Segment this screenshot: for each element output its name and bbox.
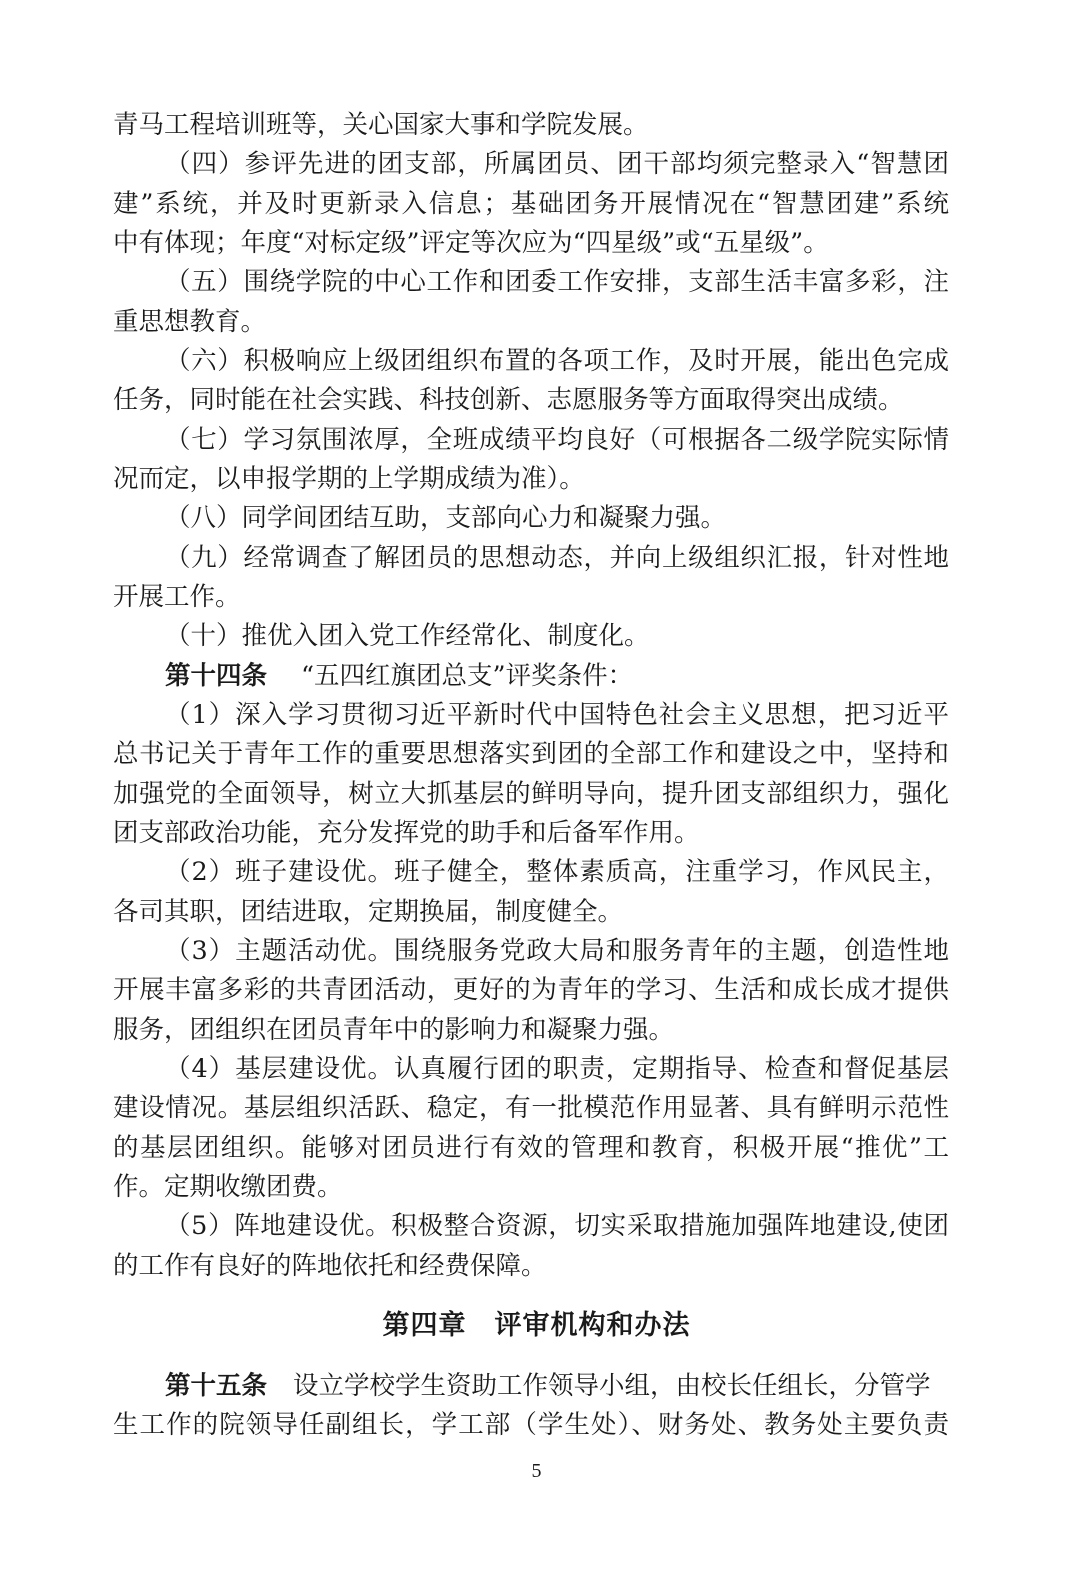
paragraph-line: 开展工作。	[113, 577, 949, 617]
paragraph-line: 重思想教育。	[113, 302, 949, 342]
article-14-label: 第十四条	[165, 661, 267, 691]
paragraph-line: 服务，团组织在团员青年中的影响力和凝聚力强。	[113, 1010, 949, 1050]
paragraph-line: 的基层团组织。能够对团员进行有效的管理和教育，积极开展“推优”工	[113, 1128, 949, 1168]
paragraph-line: （4）基层建设优。认真履行团的职责，定期指导、检查和督促基层	[165, 1049, 949, 1089]
paragraph-line: （四）参评先进的团支部，所属团员、团干部均须完整录入“智慧团	[165, 144, 949, 184]
paragraph-line: 总书记关于青年工作的重要思想落实到团的全部工作和建设之中，坚持和	[113, 734, 949, 774]
paragraph-line: 建”系统，并及时更新录入信息；基础团务开展情况在“智慧团建”系统	[113, 184, 949, 224]
paragraph-line: 生工作的院领导任副组长，学工部（学生处）、财务处、教务处主要负责	[113, 1405, 949, 1445]
article-14-line: 第十四条“五四红旗团总支”评奖条件：	[165, 656, 949, 696]
paragraph-line: （九）经常调查了解团员的思想动态，并向上级组织汇报，针对性地	[165, 538, 949, 578]
paragraph-line: （5）阵地建设优。积极整合资源，切实采取措施加强阵地建设,使团	[165, 1206, 949, 1246]
paragraph-line: 开展丰富多彩的共青团活动，更好的为青年的学习、生活和成长成才提供	[113, 970, 949, 1010]
paragraph-line: 团支部政治功能，充分发挥党的助手和后备军作用。	[113, 813, 949, 853]
paragraph-line: 况而定，以申报学期的上学期成绩为准）。	[113, 459, 949, 499]
paragraph-line: 作。定期收缴团费。	[113, 1167, 949, 1207]
paragraph-line: （1）深入学习贯彻习近平新时代中国特色社会主义思想，把习近平	[165, 695, 949, 735]
article-15-line: 第十五条设立学校学生资助工作领导小组，由校长任组长，分管学	[165, 1366, 949, 1406]
paragraph-line: （六）积极响应上级团组织布置的各项工作，及时开展，能出色完成	[165, 341, 949, 381]
document-page: 青马工程培训班等，关心国家大事和学院发展。 （四）参评先进的团支部，所属团员、团…	[0, 0, 1073, 1587]
paragraph-line: 中有体现；年度“对标定级”评定等次应为“四星级”或“五星级”。	[113, 223, 949, 263]
paragraph-line: 青马工程培训班等，关心国家大事和学院发展。	[113, 105, 949, 145]
paragraph-line: 建设情况。基层组织活跃、稳定，有一批模范作用显著、具有鲜明示范性	[113, 1088, 949, 1128]
article-14-text: “五四红旗团总支”评奖条件：	[301, 661, 633, 691]
paragraph-line: （八）同学间团结互助，支部向心力和凝聚力强。	[165, 498, 949, 538]
paragraph-line: （2）班子建设优。班子健全，整体素质高，注重学习，作风民主，	[165, 852, 949, 892]
chapter-heading: 第四章 评审机构和办法	[0, 1306, 1073, 1346]
paragraph-line: 任务，同时能在社会实践、科技创新、志愿服务等方面取得突出成绩。	[113, 380, 949, 420]
paragraph-line: 加强党的全面领导，树立大抓基层的鲜明导向，提升团支部组织力，强化	[113, 774, 949, 814]
page-number: 5	[0, 1457, 1073, 1485]
paragraph-line: 的工作有良好的阵地依托和经费保障。	[113, 1246, 949, 1286]
article-15-label: 第十五条	[165, 1371, 267, 1401]
paragraph-line: 各司其职，团结进取，定期换届，制度健全。	[113, 892, 949, 932]
paragraph-line: （3）主题活动优。围绕服务党政大局和服务青年的主题，创造性地	[165, 931, 949, 971]
paragraph-line: （七）学习氛围浓厚，全班成绩平均良好（可根据各二级学院实际情	[165, 420, 949, 460]
article-15-text: 设立学校学生资助工作领导小组，由校长任组长，分管学	[293, 1371, 931, 1401]
paragraph-line: （十）推优入团入党工作经常化、制度化。	[165, 616, 949, 656]
paragraph-line: （五）围绕学院的中心工作和团委工作安排，支部生活丰富多彩，注	[165, 262, 949, 302]
